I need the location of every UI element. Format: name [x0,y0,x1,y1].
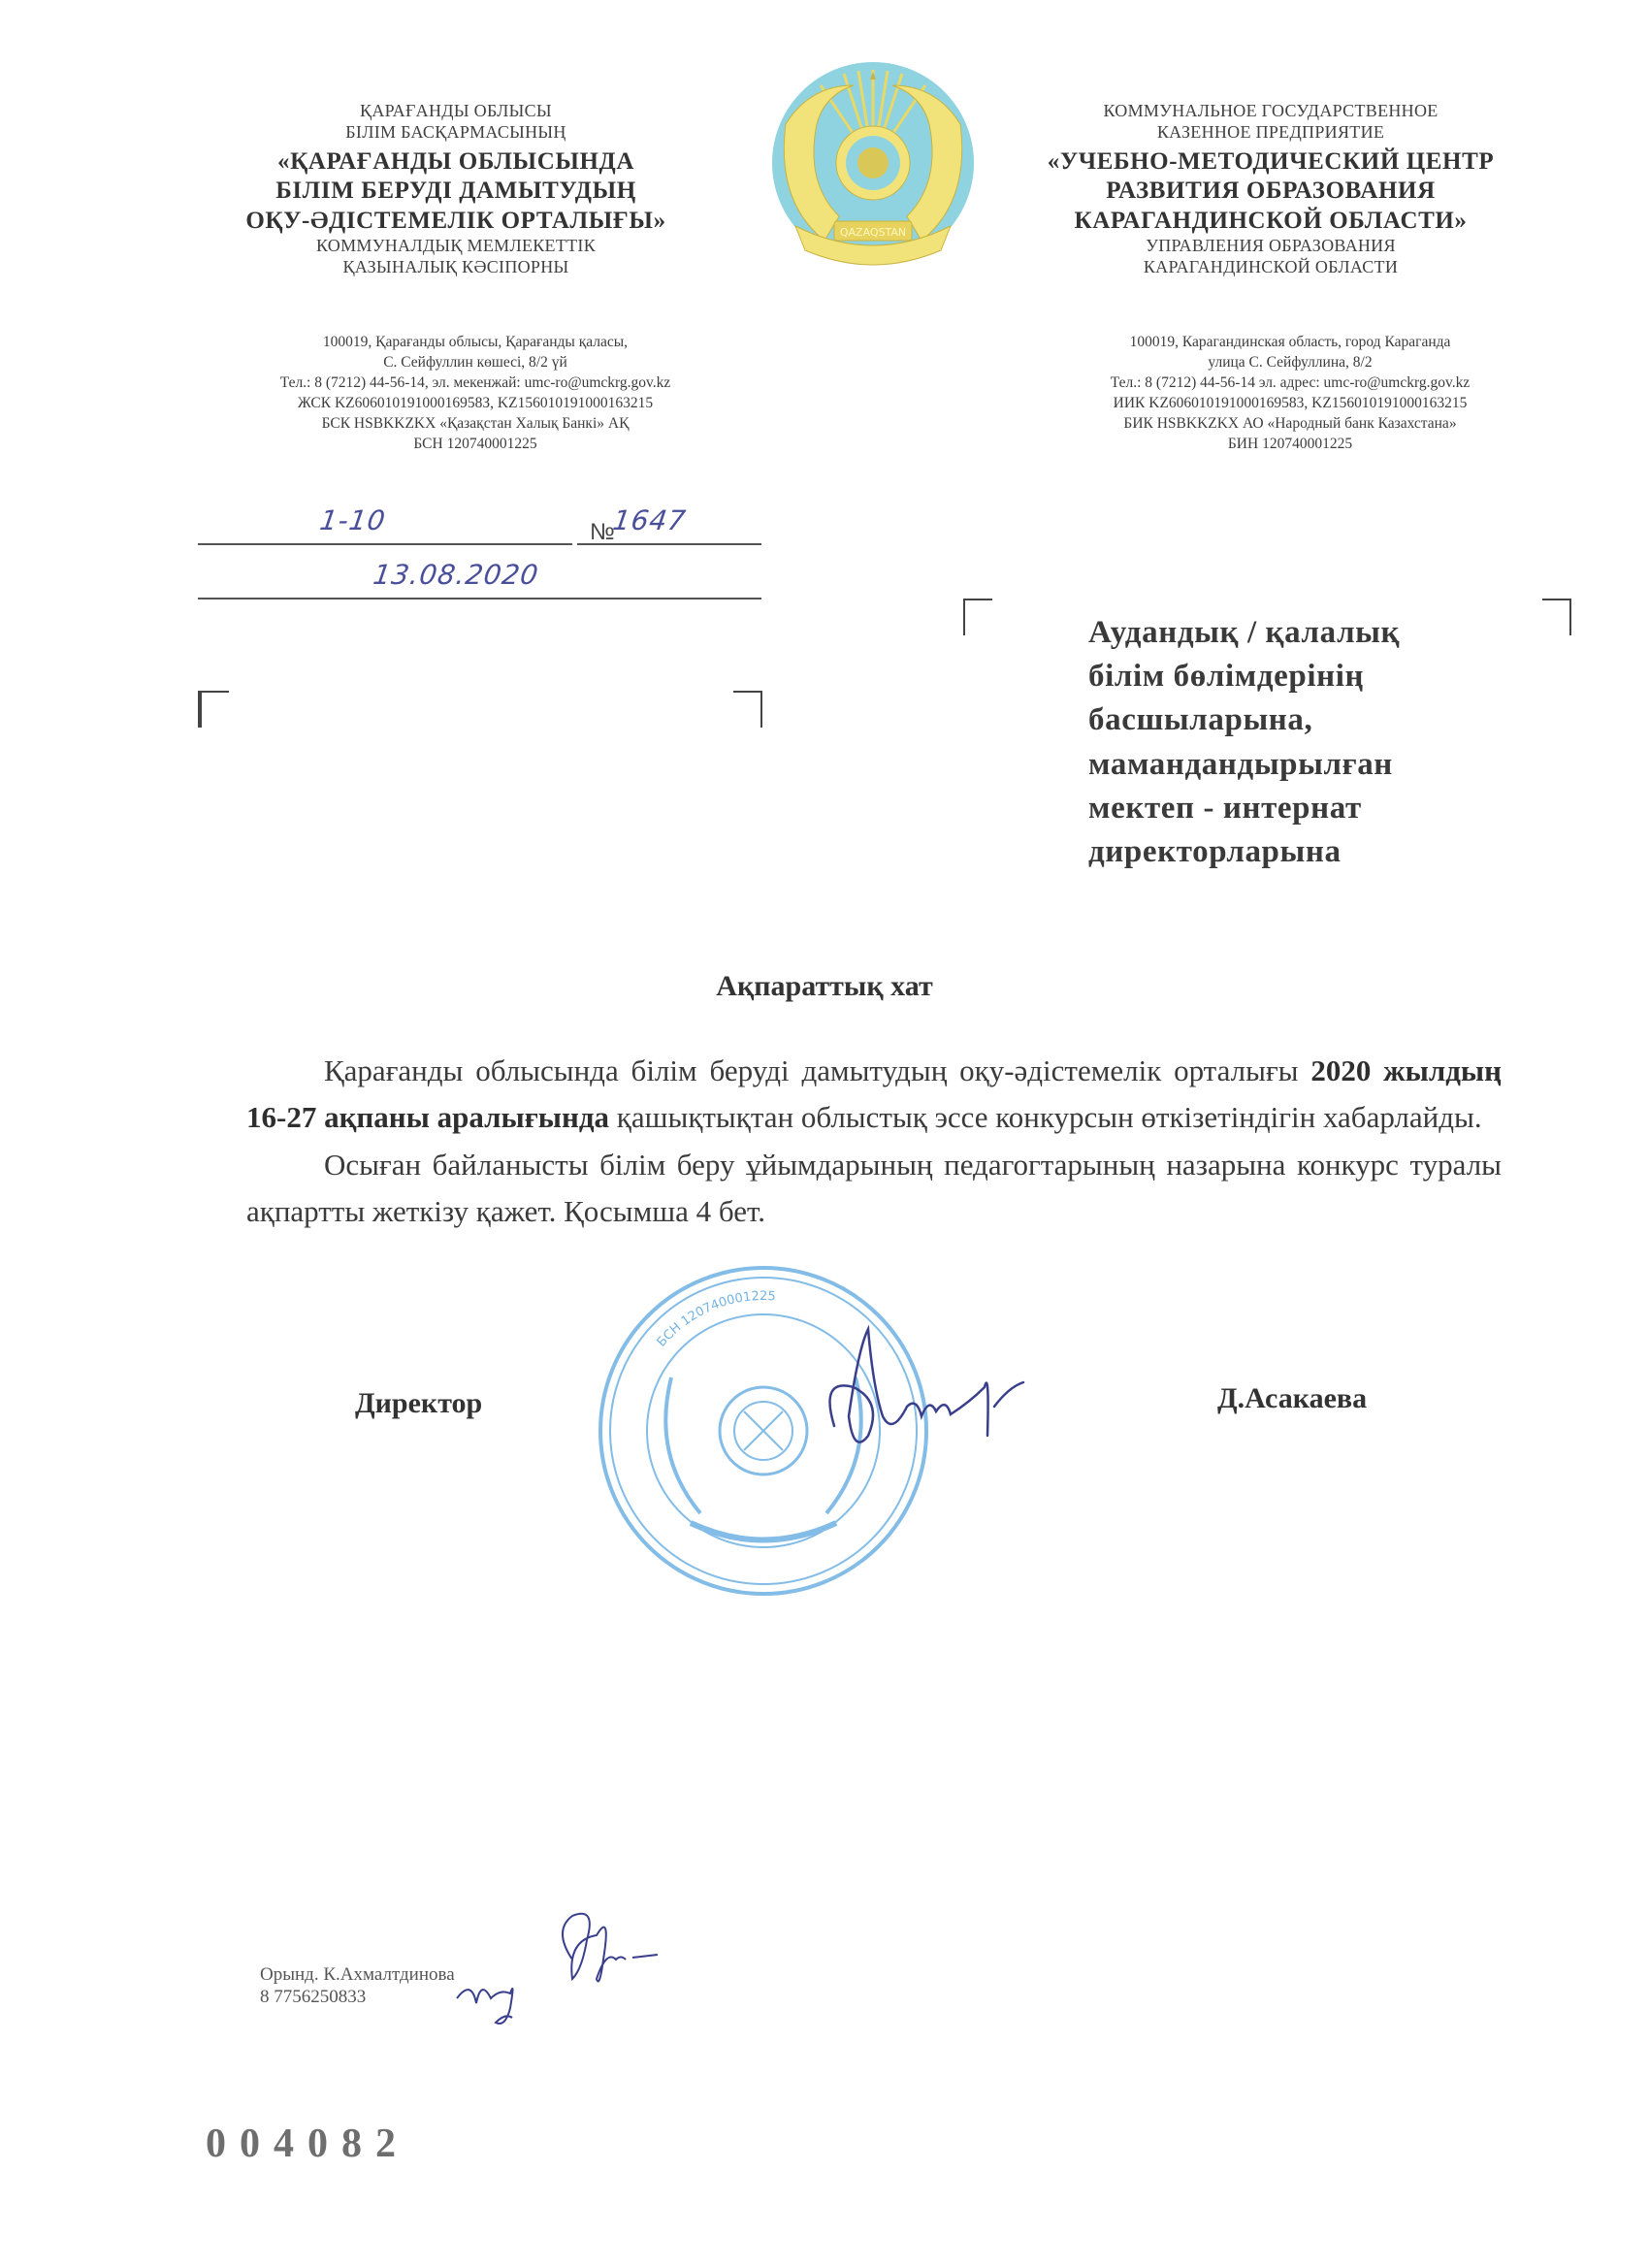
org-name-line: БІЛІМ БЕРУДІ ДАМЫТУДЫҢ [194,177,718,207]
corner-bracket-left [190,691,200,728]
corner-bracket-left [200,691,229,728]
address-line: БСК HSBKKZKX «Қазақстан Халық Банкі» АҚ [213,413,737,434]
document-title: Ақпараттық хат [0,970,1649,1003]
org-type-line: КАРАГАНДИНСКОЙ ОБЛАСТИ [999,257,1542,278]
paragraph-2: Осыған байланысты білім беру ұйымдарының… [246,1142,1502,1236]
index-line [198,543,572,545]
org-line: ҚАРАҒАНДЫ ОБЛЫСЫ [194,101,718,122]
addressee-block: Аудандық / қалалық білім бөлімдерінің ба… [1088,611,1535,874]
executor-phone: 8 7756250833 [260,1987,455,2009]
header-left-kazakh: ҚАРАҒАНДЫ ОБЛЫСЫ БІЛІМ БАСҚАРМАСЫНЫҢ «ҚА… [194,101,718,278]
address-line: улица С. Сейфуллина, 8/2 [1018,352,1562,373]
address-line: Тел.: 8 (7212) 44-56-14 эл. адрес: umc-r… [1018,373,1562,393]
addressee-line: директорларына [1088,830,1535,874]
address-line: ИИК KZ606010191000169583, KZ156010191000… [1018,393,1562,413]
director-signature-icon [815,1310,1106,1474]
header-right-russian: КОММУНАЛЬНОЕ ГОСУДАРСТВЕННОЕ КАЗЕННОЕ ПР… [999,101,1542,278]
corner-bracket-right [733,691,762,728]
address-left: 100019, Қарағанды облысы, Қарағанды қала… [213,332,737,454]
address-line: С. Сейфуллин көшесі, 8/2 үй [213,352,737,373]
address-line: БИК HSBKKZKX АО «Народный банк Казахстан… [1018,413,1562,434]
addressee-line: басшыларына, [1088,698,1535,742]
org-name-line: РАЗВИТИЯ ОБРАЗОВАНИЯ [999,177,1542,207]
address-line: ЖСК KZ60601019100016958З, KZ156010191000… [213,393,737,413]
addressee-line: Аудандық / қалалық [1088,611,1535,655]
address-line: 100019, Қарағанды облысы, Қарағанды қала… [213,332,737,352]
addressee-line: мамандандырылған [1088,743,1535,787]
addressee-line: мектеп - интернат [1088,787,1535,830]
number-line [577,543,761,545]
addressee-corner-right [1542,599,1571,635]
signatory-role: Директор [355,1387,482,1420]
org-line: КОММУНАЛЬНОЕ ГОСУДАРСТВЕННОЕ [999,101,1542,122]
registration-index: 1-10 [318,504,388,536]
svg-text:QAZAQSTAN: QAZAQSTAN [840,226,906,239]
org-line: БІЛІМ БАСҚАРМАСЫНЫҢ [194,122,718,144]
serial-number: 004082 [206,2121,409,2167]
addressee-corner-left [963,599,992,635]
org-name-line: ОҚУ-ӘДІСТЕМЕЛІК ОРТАЛЫҒЫ» [194,207,718,237]
registration-date: 13.08.2020 [372,559,541,591]
executor-info: Орынд. К.Ахмалтдинова 8 7756250833 [260,1964,455,2009]
org-name-line: «ҚАРАҒАНДЫ ОБЛЫСЫНДА [194,147,718,178]
date-line [198,598,761,599]
document-body: Қарағанды облысында білім беруді дамытуд… [246,1048,1502,1235]
registration-number: 1647 [611,504,689,536]
executor-name: Орынд. К.Ахмалтдинова [260,1964,455,1987]
svg-text:БСН 120740001225: БСН 120740001225 [655,1289,777,1350]
address-line: БИН 120740001225 [1018,434,1562,454]
org-type-line: УПРАВЛЕНИЯ ОБРАЗОВАНИЯ [999,236,1542,257]
address-line: Тел.: 8 (7212) 44-56-14, эл. мекенжай: u… [213,373,737,393]
address-line: БСН 120740001225 [213,434,737,454]
approval-signature-icon [543,1901,660,2008]
org-name-line: «УЧЕБНО-МЕТОДИЧЕСКИЙ ЦЕНТР [999,147,1542,178]
state-emblem-icon: QAZAQSTAN [766,56,980,270]
org-type-line: КОММУНАЛДЫҚ МЕМЛЕКЕТТІК [194,236,718,257]
org-name-line: КАРАГАНДИНСКОЙ ОБЛАСТИ» [999,207,1542,237]
org-line: КАЗЕННОЕ ПРЕДПРИЯТИЕ [999,122,1542,144]
signatory-name: Д.Асакаева [1217,1382,1367,1415]
initials-signature-icon [452,1969,539,2037]
address-line: 100019, Карагандинская область, город Ка… [1018,332,1562,352]
paragraph-1: Қарағанды облысында білім беруді дамытуд… [246,1048,1502,1142]
addressee-line: білім бөлімдерінің [1088,655,1535,698]
org-type-line: ҚАЗЫНАЛЫҚ КӘСІПОРНЫ [194,257,718,278]
address-right: 100019, Карагандинская область, город Ка… [1018,332,1562,454]
